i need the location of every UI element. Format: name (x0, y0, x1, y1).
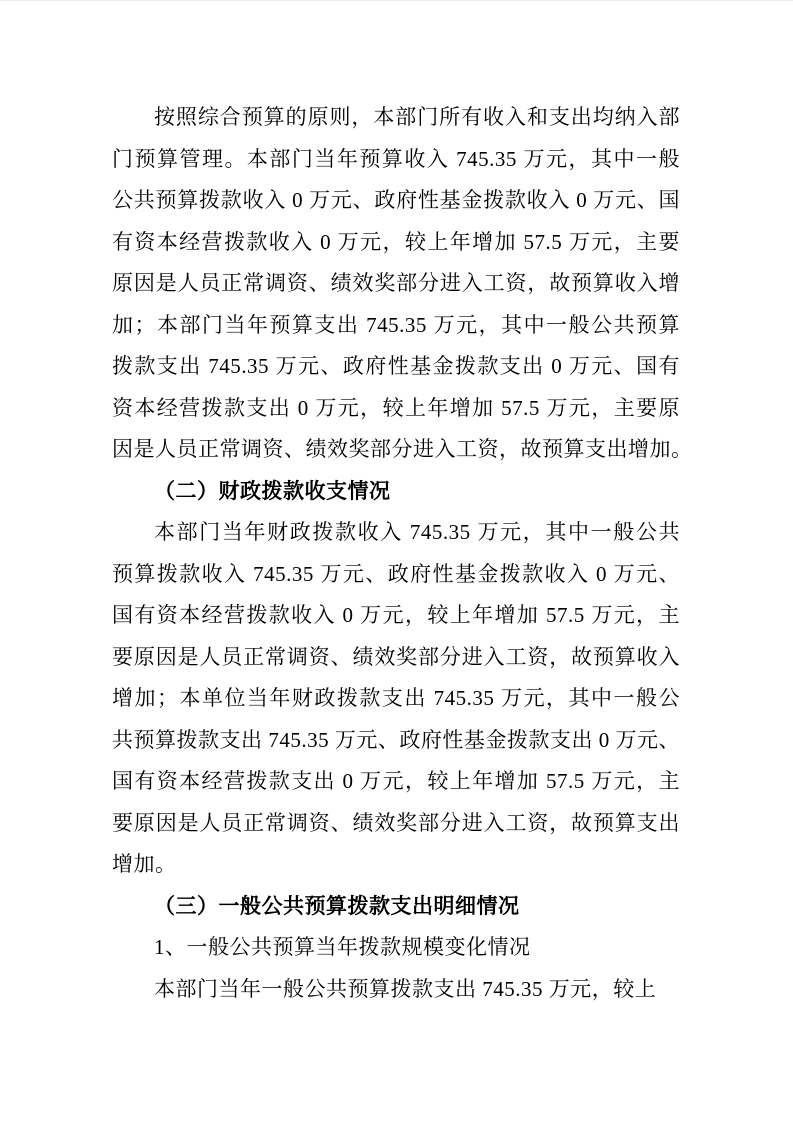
text-line: 门预算管理。本部门当年预算收入 745.35 万元，其中一般 (112, 139, 680, 181)
text-line: 因是人员正常调资、绩效奖部分进入工资，故预算支出增加。 (112, 429, 680, 471)
text-line: 加；本部门当年预算支出 745.35 万元，其中一般公共预算 (112, 305, 680, 347)
text-line: 要原因是人员正常调资、绩效奖部分进入工资，故预算收入 (112, 637, 680, 679)
text-line: 有资本经营拨款收入 0 万元，较上年增加 57.5 万元，主要 (112, 222, 680, 264)
text-line: 预算拨款收入 745.35 万元、政府性基金拨款收入 0 万元、 (112, 554, 680, 596)
document-page: 按照综合预算的原则，本部门所有收入和支出均纳入部 门预算管理。本部门当年预算收入… (0, 0, 793, 1122)
text-line: 拨款支出 745.35 万元、政府性基金拨款支出 0 万元、国有 (112, 346, 680, 388)
section-heading-fiscal-appropriations: （二）财政拨款收支情况 (112, 471, 680, 513)
text-line: 按照综合预算的原则，本部门所有收入和支出均纳入部 (112, 97, 680, 139)
text-line: 本部门当年财政拨款收入 745.35 万元，其中一般公共 (112, 512, 680, 554)
paragraph-fiscal-appropriations: 本部门当年财政拨款收入 745.35 万元，其中一般公共 预算拨款收入 745.… (112, 512, 680, 886)
text-line: 国有资本经营拨款收入 0 万元，较上年增加 57.5 万元，主 (112, 595, 680, 637)
paragraph-overall-budget: 按照综合预算的原则，本部门所有收入和支出均纳入部 门预算管理。本部门当年预算收入… (112, 97, 680, 471)
text-line: 原因是人员正常调资、绩效奖部分进入工资，故预算收入增 (112, 263, 680, 305)
text-line: 资本经营拨款支出 0 万元，较上年增加 57.5 万元，主要原 (112, 388, 680, 430)
document-content: 按照综合预算的原则，本部门所有收入和支出均纳入部 门预算管理。本部门当年预算收入… (112, 97, 680, 1010)
text-line: 本部门当年一般公共预算拨款支出 745.35 万元，较上 (112, 969, 680, 1011)
text-line: 增加。 (112, 844, 680, 886)
text-line: 公共预算拨款收入 0 万元、政府性基金拨款收入 0 万元、国 (112, 180, 680, 222)
section-heading-general-budget-detail: （三）一般公共预算拨款支出明细情况 (112, 886, 680, 928)
paragraph-general-budget-expenditure: 本部门当年一般公共预算拨款支出 745.35 万元，较上 (112, 969, 680, 1011)
text-line: 增加；本单位当年财政拨款支出 745.35 万元，其中一般公 (112, 678, 680, 720)
page-top-edge (0, 0, 793, 1)
text-line: 共预算拨款支出 745.35 万元、政府性基金拨款支出 0 万元、 (112, 720, 680, 762)
subheading-appropriation-scale-change: 1、一般公共预算当年拨款规模变化情况 (112, 927, 680, 969)
text-line: 国有资本经营拨款支出 0 万元，较上年增加 57.5 万元，主 (112, 761, 680, 803)
text-line: 要原因是人员正常调资、绩效奖部分进入工资，故预算支出 (112, 803, 680, 845)
